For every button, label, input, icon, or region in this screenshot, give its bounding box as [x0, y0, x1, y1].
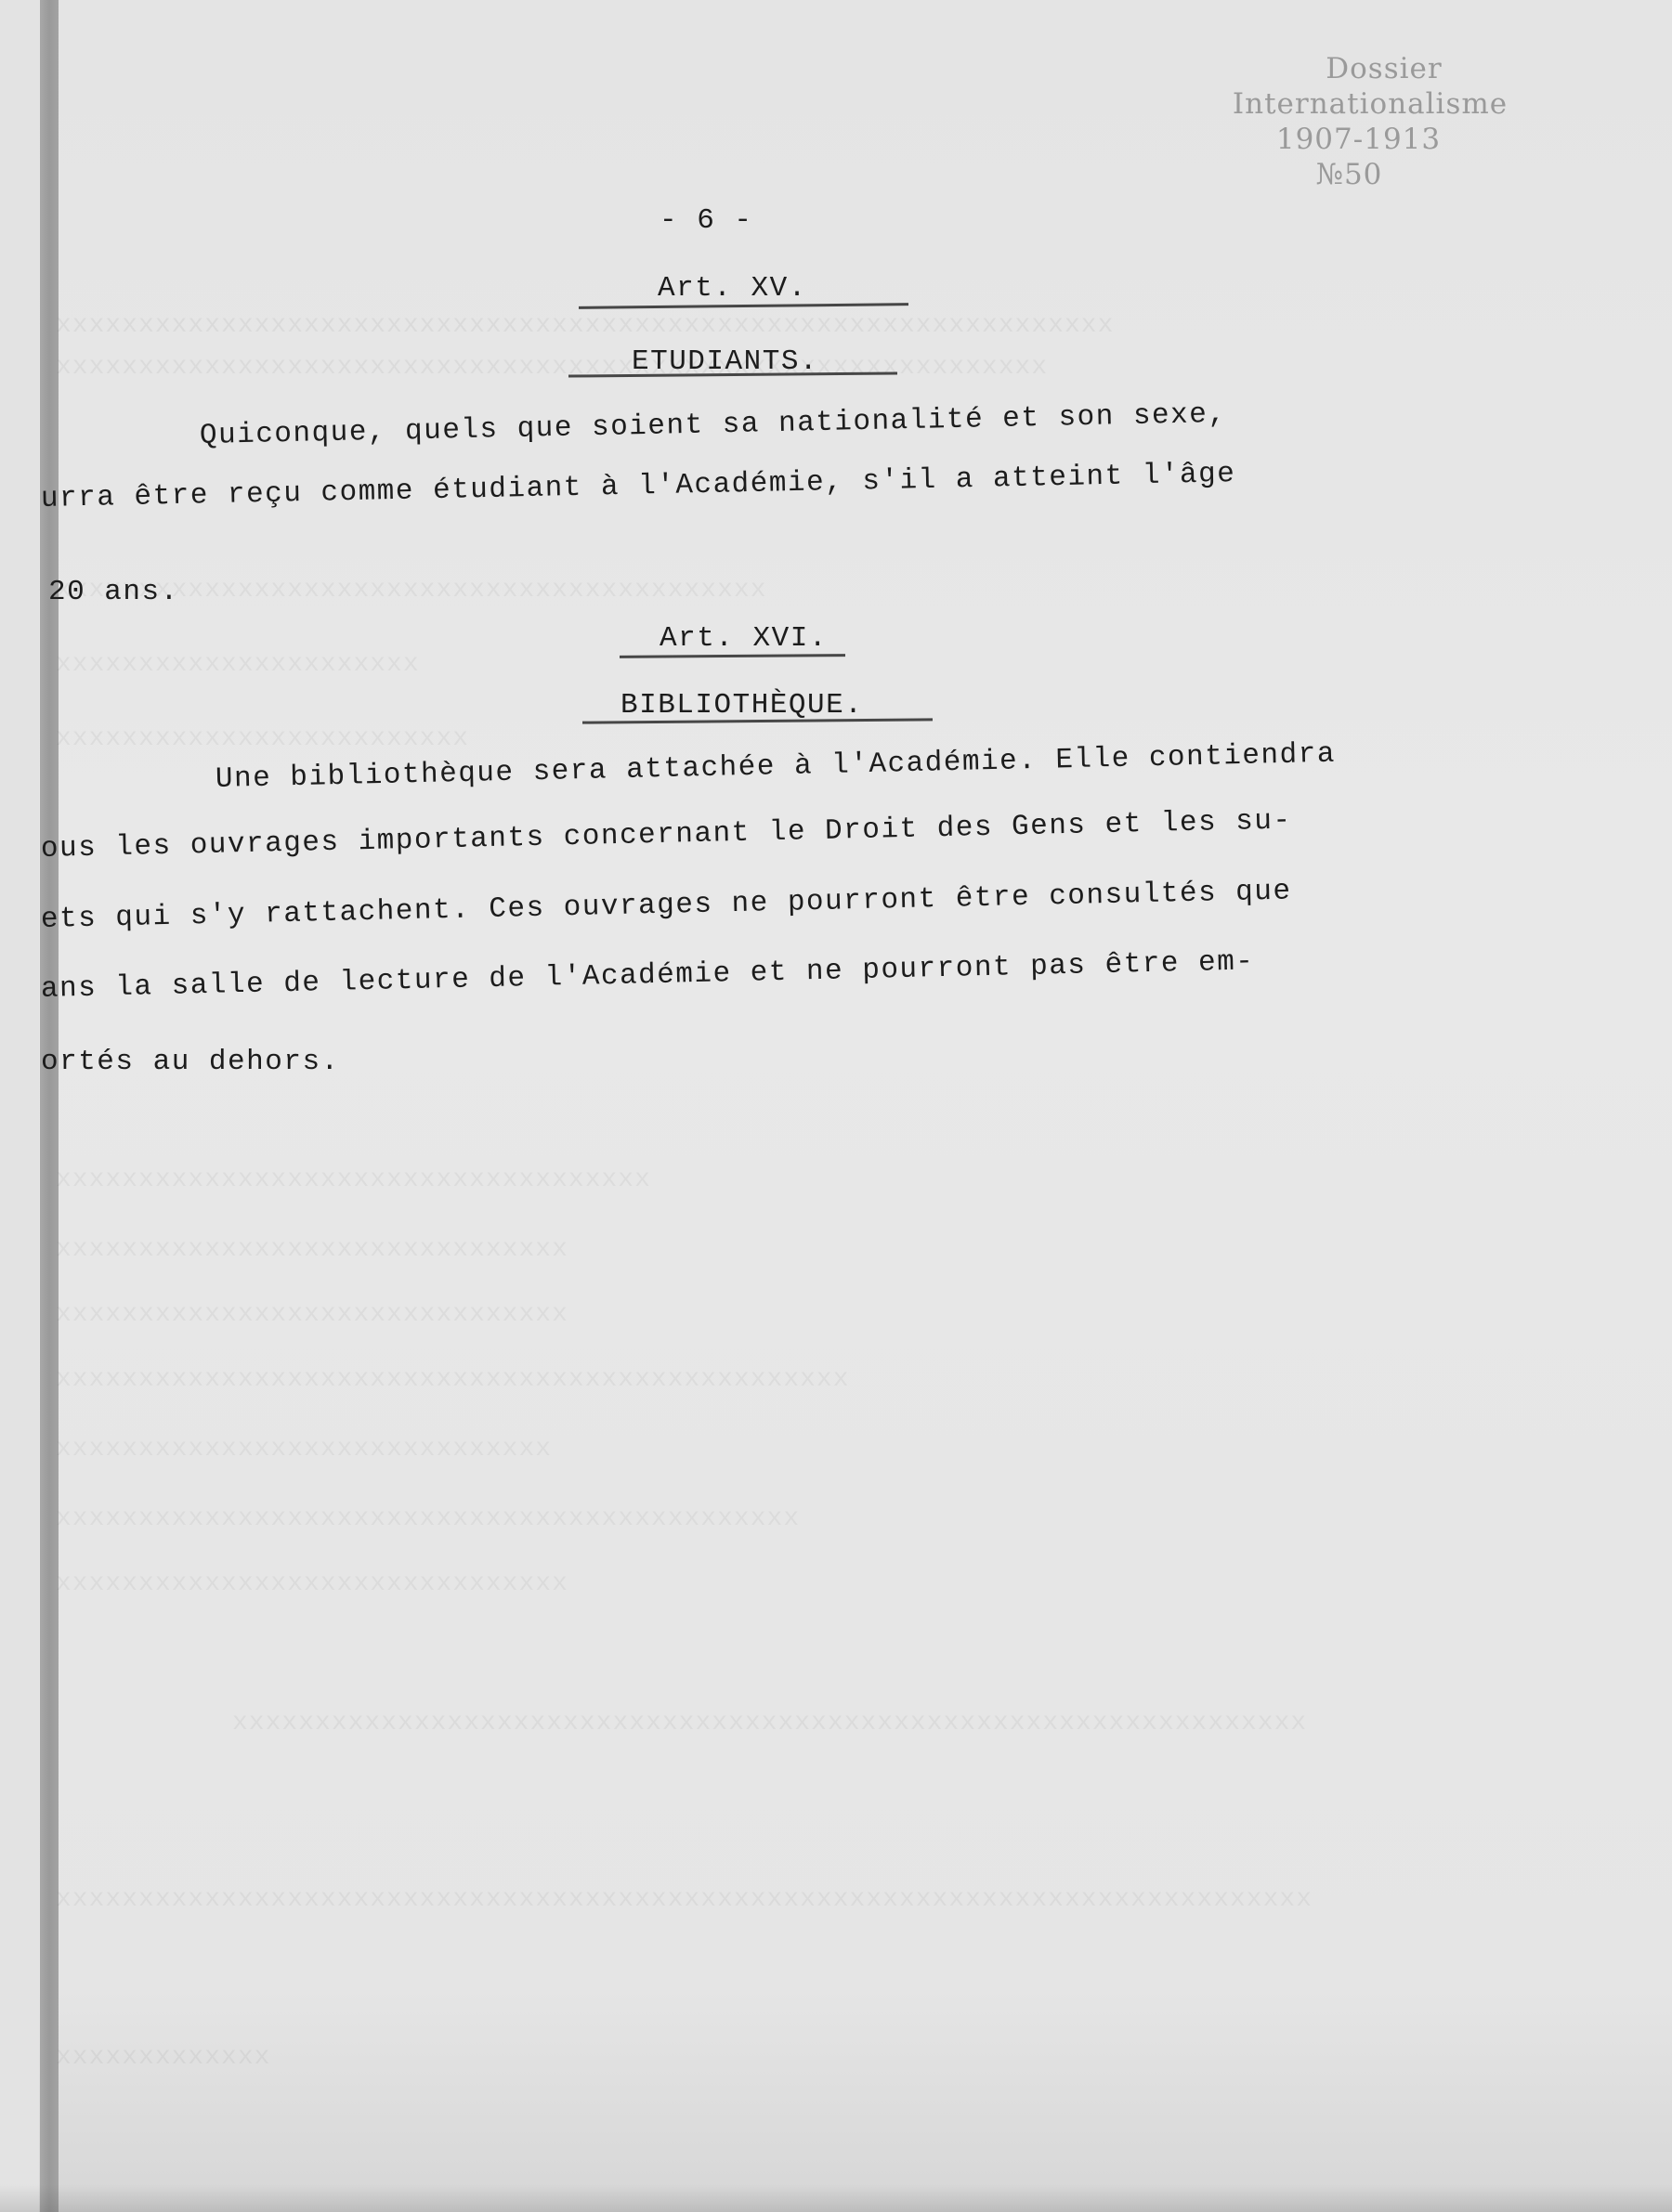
stamp-years: 1907-1913 [1152, 122, 1565, 157]
show-through-text: xxxxxxxxxxxxxxxxxxxxxxxxxxxxxxxxxxxx [56, 1165, 651, 1194]
article-15-title: Art. XV. [658, 272, 807, 305]
stamp-dossier: Dossier [1203, 51, 1565, 86]
scan-bottom-shadow [0, 2184, 1672, 2212]
show-through-text: xxxxxxxxxxxxxxxxxxxxxxxxxxxxxx [56, 1435, 552, 1464]
show-through-text: xxxxxxxxxxxxxxxxxxxxxxxxxxxxxxxxxxxxxxxx… [56, 353, 1048, 382]
stamp-collection: Internationalisme [1175, 86, 1565, 122]
article-16-line: ets qui s'y rattachent. Ces ouvrages ne … [41, 875, 1292, 936]
show-through-text: xxxxxxxxxxxxxxxxxxxxxxxxxxxxxxx [56, 1300, 568, 1329]
show-through-text: xxxxxxxxxxxxxxxxxxxxxx [56, 650, 420, 679]
article-16-line: ous les ouvrages importants concernant l… [41, 804, 1292, 865]
article-16-line: ans la salle de lecture de l'Académie et… [41, 945, 1255, 1006]
document-page: xxxxxxxxxxxxxxxxxxxxxxxxxxxxxxxxxxxxxxxx… [0, 0, 1672, 2212]
stamp-number: №50 [1133, 157, 1565, 192]
article-15-line: Quiconque, quels que soient sa nationali… [200, 398, 1227, 452]
show-through-text: xxxxxxxxxxxxx [56, 2043, 270, 2072]
show-through-text: xxxxxxxxxxxxxxxxxxxxxxxxx [56, 724, 469, 753]
scan-left-margin [0, 0, 39, 2212]
show-through-text: xxxxxxxxxxxxxxxxxxxxxxxxxxxxxxx [56, 1235, 568, 1264]
article-15-line: 20 ans. [48, 576, 179, 608]
article-15-underline [579, 303, 908, 309]
article-16-title: Art. XVI. [660, 622, 828, 655]
article-15-line: urra être reçu comme étudiant à l'Académ… [41, 458, 1236, 515]
article-16-underline [620, 654, 845, 658]
archive-stamp: Dossier Internationalisme 1907-1913 №50 [1175, 51, 1565, 192]
show-through-text: xxxxxxxxxxxxxxxxxxxxxxxxxxxxxxxxxxxxxxxx… [56, 1504, 800, 1533]
show-through-text: xxxxxxxxxxxxxxxxxxxxxxxxxxxxxxxxxxxxxxxx… [56, 1885, 1313, 1914]
show-through-text: xxxxxxxxxxxxxxxxxxxxxxxxxxxxxxx [56, 1569, 568, 1598]
page-number: - 6 - [660, 204, 753, 237]
show-through-text: xxxxxxxxxxxxxxxxxxxxxxxxxxxxxxxxxxxxxxxx… [56, 1365, 850, 1394]
article-16-heading: BIBLIOTHÈQUE. [620, 689, 863, 722]
show-through-text: xxxxxxxxxxxxxxxxxxxxxxxxxxxxxxxxxxxxxxxx… [56, 311, 1114, 340]
show-through-text: xxxxxxxxxxxxxxxxxxxxxxxxxxxxxxxxxxxxxxxx… [232, 1709, 1307, 1737]
article-16-line: ortés au dehors. [41, 1046, 340, 1078]
